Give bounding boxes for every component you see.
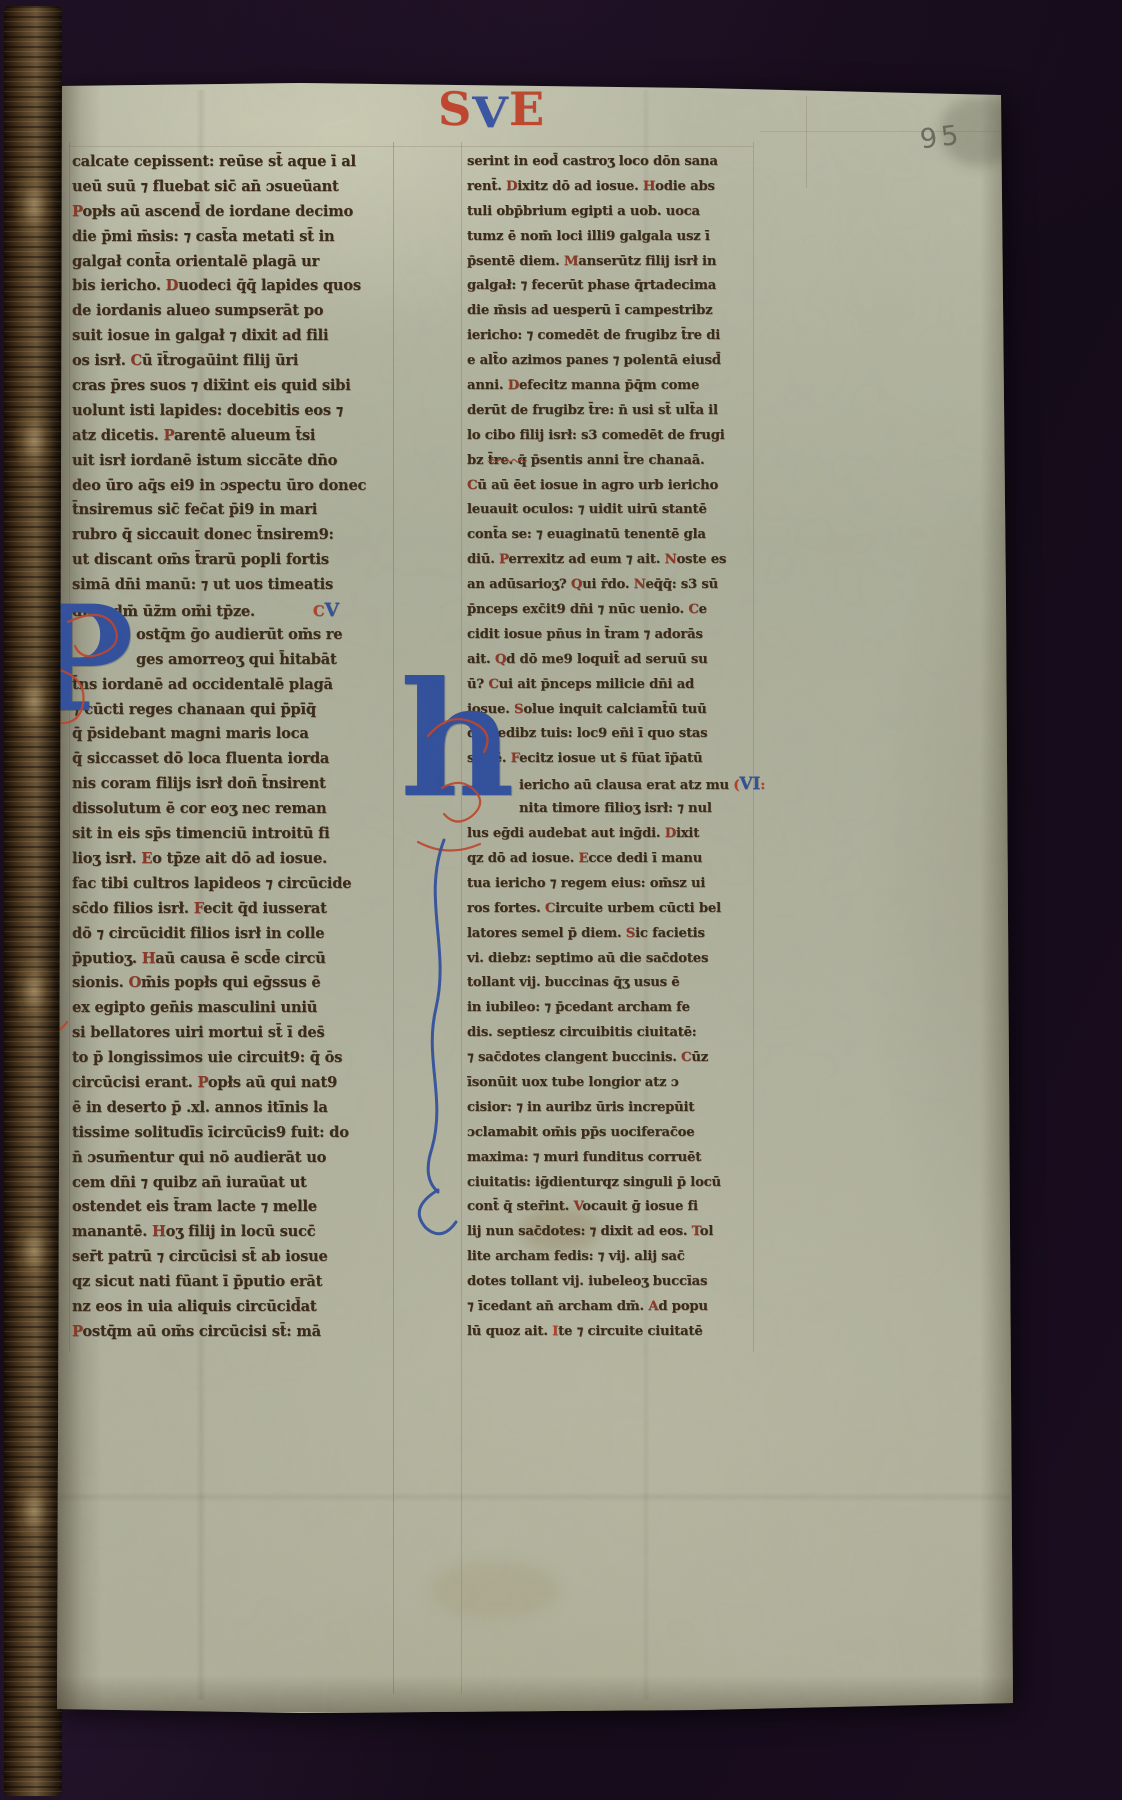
text-segment: ecit q̄d iusserat bbox=[203, 900, 327, 917]
text-line: lo cibo filij isrł: s3 comedēt de frugi bbox=[467, 424, 759, 449]
text-line: lite archam fedis: ⁊ vij. alij sac̄ bbox=[467, 1245, 759, 1270]
text-line: vi. diebz: septimo aū die sac̄dotes bbox=[467, 947, 759, 972]
text-segment: nita timore filioʒ isrł: ⁊ nul bbox=[519, 801, 712, 816]
text-line: galgał: ⁊ fecerūt phase q̄rtadecima bbox=[467, 274, 759, 299]
text-segment: de iordanis alueo sumpserāt po bbox=[72, 302, 323, 319]
text-segment: m̄is popłs qui eḡssus ē bbox=[141, 974, 321, 991]
ruling-line bbox=[760, 131, 1003, 132]
text-segment: VI bbox=[739, 774, 760, 794]
text-segment: oʒ filij in locū succ̄ bbox=[166, 1223, 316, 1240]
text-segment: d popu bbox=[658, 1299, 707, 1314]
text-segment: ges amorreoʒ qui h̄itabāt bbox=[136, 651, 337, 668]
text-segment: suit iosue in galgał ⁊ dixit ad fili bbox=[72, 327, 328, 344]
text-segment: ciuitatis: iḡdienturqz singuli p̄ locū bbox=[467, 1175, 721, 1190]
text-line: ueū suū ⁊ fluebat sic̄ an̄ ɔsueūant bbox=[72, 175, 396, 200]
text-segment: to p̄ longissimos uie circuit9: q̄ ōs bbox=[72, 1049, 342, 1066]
text-segment: ecitz iosue ut s̄ fūat īp̄atū bbox=[519, 751, 702, 766]
text-segment: ⁊ īcedant an̄ archam dm̄. bbox=[467, 1299, 648, 1314]
text-segment: lite archam fedis: ⁊ vij. alij sac̄ bbox=[467, 1249, 685, 1264]
text-line: atz dicetis. Parentē alueum t̄si bbox=[72, 424, 396, 449]
text-segment: īsonūit uox tube longior atz ɔ bbox=[467, 1075, 679, 1090]
text-segment: in iubileo: ⁊ p̄cedant archam fe bbox=[467, 1000, 690, 1015]
text-line: die p̄mi m̄sis: ⁊ cast̄a metati st̄ in bbox=[72, 225, 396, 250]
text-line: p̄sentē diem. Manserūtz filij isrł in bbox=[467, 250, 759, 275]
text-segment: ic facietis bbox=[635, 926, 705, 941]
text-segment: errexitz ad eum ⁊ ait. bbox=[508, 552, 664, 567]
text-line: calcate cepissent: reūse st̄ aque ī al bbox=[72, 150, 396, 175]
text-segment: olue inquit calciamt̄ū tuū bbox=[523, 702, 706, 717]
ruling-line bbox=[806, 96, 807, 188]
text-line: deo ūro aq̄s ei9 in ɔspectu ūro donec bbox=[72, 474, 396, 499]
text-segment: cras p̄res suos ⁊ dix̄int eis quid sibi bbox=[72, 377, 351, 394]
text-line: dis. septiesz circuibitis ciuitatē: bbox=[467, 1021, 759, 1046]
text-line: lij nun sac̄dotes: ⁊ dixit ad eos. Tol bbox=[467, 1220, 759, 1245]
text-line: uit isrł iordanē istum siccāte dn̄o bbox=[72, 449, 396, 474]
text-segment: o tp̄ze ait dō ad iosue. bbox=[152, 850, 327, 867]
text-segment: galgał cont̄a orientalē plagā ur bbox=[72, 253, 319, 270]
text-line: cidit iosue pn̄us in t̄ram ⁊ adorās bbox=[467, 623, 759, 648]
text-segment: N bbox=[634, 577, 646, 592]
text-segment: ixit bbox=[676, 826, 699, 841]
text-segment: ū īt̄rogaūint filij ūri bbox=[142, 352, 298, 369]
text-segment: uit isrł iordanē istum siccāte dn̄o bbox=[72, 452, 337, 469]
text-line: ser̄t patrū ⁊ circūcisi st̄ ab iosue bbox=[72, 1245, 396, 1270]
text-segment: A bbox=[648, 1299, 658, 1314]
running-title-letter: S bbox=[438, 82, 472, 136]
text-line: derūt de frugibz t̄re: n̄ usi st̄ ult̄a … bbox=[467, 399, 759, 424]
running-title-letter: E bbox=[509, 82, 545, 136]
text-segment: ū aū ēet iosue in agro urb iericho bbox=[477, 478, 718, 493]
text-segment: ūz bbox=[691, 1050, 708, 1065]
text-segment: ⁊ sac̄dotes clangent buccinis. bbox=[467, 1050, 681, 1065]
text-segment: D bbox=[506, 179, 517, 194]
text-line: latores semel p̄ diem. Sic facietis bbox=[467, 922, 759, 947]
text-segment: ircuite urbem cūcti bel bbox=[555, 901, 721, 916]
page-wrapper: SVE 95 calcate cepissent: reūse st̄ aque… bbox=[0, 0, 1122, 1800]
text-segment: cem dn̄i ⁊ quibz an̄ iuraūat ut bbox=[72, 1174, 307, 1191]
text-segment: rent̄. bbox=[467, 179, 506, 194]
text-segment: arentē alueum t̄si bbox=[174, 427, 315, 444]
text-segment: C bbox=[313, 603, 324, 620]
initial-filigree-red bbox=[402, 692, 522, 862]
text-line: cisior: ⁊ in auribz ūris increpūit bbox=[467, 1096, 759, 1121]
text-segment: Q bbox=[571, 577, 582, 592]
text-line: ⁊ īcedant an̄ archam dm̄. Ad popu bbox=[467, 1295, 759, 1320]
text-segment: atz dicetis. bbox=[72, 427, 164, 444]
text-line: galgał cont̄a orientalē plagā ur bbox=[72, 250, 396, 275]
text-segment: manantē. bbox=[72, 1223, 152, 1240]
text-segment: C bbox=[467, 478, 477, 493]
text-line: die m̄sis ad uesperū ī campestribz bbox=[467, 299, 759, 324]
text-segment: maxima: ⁊ muri funditus corruēt bbox=[467, 1150, 701, 1165]
text-segment: cont̄a se: ⁊ euaginatū tenentē gla bbox=[467, 527, 706, 542]
text-segment: D bbox=[508, 378, 519, 393]
text-line: īsonūit uox tube longior atz ɔ bbox=[467, 1071, 759, 1096]
text-segment: : bbox=[760, 778, 765, 793]
text-segment: cce dedi ī manu bbox=[588, 851, 702, 866]
text-segment: P bbox=[499, 552, 508, 567]
text-segment: D bbox=[665, 826, 676, 841]
text-line: ɔclamabit om̄is pp̄s uociferac̄oe bbox=[467, 1121, 759, 1146]
text-line: qz sicut nati fūant ī p̄putio erāt bbox=[72, 1270, 396, 1295]
text-segment: die p̄mi m̄sis: ⁊ cast̄a metati st̄ in bbox=[72, 228, 334, 245]
text-segment: d dō me9 loquit̄ ad seruū su bbox=[506, 652, 707, 667]
text-segment: C bbox=[545, 901, 555, 916]
text-line: de iordanis alueo sumpserāt po bbox=[72, 299, 396, 324]
text-segment: T bbox=[692, 1224, 700, 1239]
text-line: tollant vij. buccinas q̄ʒ usus ē bbox=[467, 971, 759, 996]
text-line: tua iericho ⁊ regem eius: om̄sz ui bbox=[467, 872, 759, 897]
text-segment: e alt̄o azimos panes ⁊ polentā eiusd̄ bbox=[467, 353, 721, 368]
text-line: circūcisi erant. Popłs aū qui nat9 bbox=[72, 1071, 396, 1096]
text-segment: efecitz manna p̄q̄m come bbox=[519, 378, 699, 393]
page-edge-shadow bbox=[972, 92, 1014, 1706]
text-line: e alt̄o azimos panes ⁊ polentā eiusd̄ bbox=[467, 349, 759, 374]
text-segment: H bbox=[643, 179, 655, 194]
running-title: SVE bbox=[438, 82, 545, 136]
text-segment: uodeci q̄q̄ lapides quos bbox=[178, 277, 361, 294]
text-segment: opłs aū qui nat9 bbox=[208, 1074, 337, 1091]
text-segment: ɔclamabit om̄is pp̄s uociferac̄oe bbox=[467, 1125, 694, 1140]
text-line: an adūsarioʒ? Qui r̄do. Neq̄q̄: s3 sū bbox=[467, 573, 759, 598]
text-segment: N bbox=[665, 552, 677, 567]
text-line: ⁊ sac̄dotes clangent buccinis. Cūz bbox=[467, 1046, 759, 1071]
manuscript-page: SVE 95 calcate cepissent: reūse st̄ aque… bbox=[0, 0, 1122, 1800]
text-line: to p̄ longissimos uie circuit9: q̄ ōs bbox=[72, 1046, 396, 1071]
text-segment: tua iericho ⁊ regem eius: om̄sz ui bbox=[467, 876, 705, 891]
text-segment: iericho: ⁊ comedēt de frugibz t̄re di bbox=[467, 328, 720, 343]
text-line: ciuitatis: iḡdienturqz singuli p̄ locū bbox=[467, 1171, 759, 1196]
text-segment: eq̄q̄: s3 sū bbox=[645, 577, 718, 592]
text-segment: leuauit oculos: ⁊ uidit uirū stantē bbox=[467, 502, 707, 517]
text-segment: tuli obp̄brium egipti a uob. uoca bbox=[467, 204, 700, 219]
text-line: ros fortes. Circuite urbem cūcti bel bbox=[467, 897, 759, 922]
text-segment: C bbox=[130, 352, 141, 369]
text-line: cras p̄res suos ⁊ dix̄int eis quid sibi bbox=[72, 374, 396, 399]
text-segment: derūt de frugibz t̄re: n̄ usi st̄ ult̄a … bbox=[467, 403, 718, 418]
text-segment: an adūsarioʒ? bbox=[467, 577, 571, 592]
text-segment: ē in deserto p̄ .xl. annos itīnis la bbox=[72, 1099, 328, 1116]
text-segment: bz bbox=[467, 453, 488, 468]
text-line: p̄nceps exc̄it9 dn̄i ⁊ nūc uenio. Ce bbox=[467, 598, 759, 623]
text-segment: E bbox=[578, 851, 588, 866]
text-segment: ueū suū ⁊ fluebat sic̄ an̄ ɔsueūant bbox=[72, 178, 339, 195]
text-segment: lij nun sac̄dotes: ⁊ dixit ad eos. bbox=[467, 1224, 692, 1239]
text-segment: serint in eod̄ castroʒ loco dōn sana bbox=[467, 154, 718, 169]
text-line: bz t̄re. q̄ p̄sentis anni t̄re chanaā. bbox=[467, 449, 759, 474]
text-line: rent̄. Dixitz dō ad iosue. Hodie abs bbox=[467, 175, 759, 200]
text-segment: die m̄sis ad uesperū ī campestribz bbox=[467, 303, 712, 318]
text-segment: p̄nceps exc̄it9 dn̄i ⁊ nūc uenio. bbox=[467, 602, 688, 617]
text-segment: lū quoz ait. bbox=[467, 1324, 552, 1339]
text-segment: bis iericho. bbox=[72, 277, 166, 294]
text-line: tuli obp̄brium egipti a uob. uoca bbox=[467, 200, 759, 225]
text-segment: anni. bbox=[467, 378, 508, 393]
text-segment: dis. septiesz circuibitis ciuitatē: bbox=[467, 1025, 696, 1040]
text-line: maxima: ⁊ muri funditus corruēt bbox=[467, 1146, 759, 1171]
text-line: cont̄a se: ⁊ euaginatū tenentē gla bbox=[467, 523, 759, 548]
text-segment: ui r̄do. bbox=[582, 577, 634, 592]
text-segment: cidit iosue pn̄us in t̄ram ⁊ adorās bbox=[467, 627, 703, 642]
initial-filigree-red bbox=[8, 538, 128, 1038]
text-line: n̄ ɔsum̄entur qui nō audierāt uo bbox=[72, 1146, 396, 1171]
text-segment: uolunt isti lapides: docebitis eos ⁊ bbox=[72, 402, 343, 419]
text-line: Popłs aū ascend̄ de iordane decimo bbox=[72, 200, 396, 225]
text-segment: tissime solitudīs īcircūcis9 fuit: do bbox=[72, 1124, 349, 1141]
text-segment: p̄sentē diem. bbox=[467, 254, 564, 269]
text-line: lū quoz ait. Ite ⁊ circuite ciuitatē bbox=[467, 1320, 759, 1345]
text-segment: ol bbox=[700, 1224, 713, 1239]
text-line: uolunt isti lapides: docebitis eos ⁊ bbox=[72, 399, 396, 424]
initial-tail-blue bbox=[392, 838, 482, 1218]
text-line: Cū aū ēet iosue in agro urb iericho bbox=[467, 474, 759, 499]
text-segment: E bbox=[141, 850, 152, 867]
text-segment: ocauit ḡ iosue fi bbox=[582, 1199, 698, 1214]
text-line: nz eos in uia aliquis circūcid̄at bbox=[72, 1295, 396, 1320]
text-segment: opłs aū ascend̄ de iordane decimo bbox=[82, 203, 353, 220]
text-segment: te ⁊ circuite ciuitatē bbox=[558, 1324, 702, 1339]
text-segment: oste es bbox=[676, 552, 726, 567]
text-segment: diū. bbox=[467, 552, 499, 567]
text-line: iericho: ⁊ comedēt de frugibz t̄re di bbox=[467, 324, 759, 349]
text-segment: cisior: ⁊ in auribz ūris increpūit bbox=[467, 1100, 694, 1115]
text-segment: P bbox=[72, 1323, 82, 1340]
text-line: leuauit oculos: ⁊ uidit uirū stantē bbox=[467, 498, 759, 523]
text-segment: lo cibo filij isrł: s3 comedēt de frugi bbox=[467, 428, 725, 443]
text-segment: V bbox=[573, 1199, 582, 1214]
text-segment: H bbox=[142, 950, 156, 967]
text-segment: M bbox=[564, 254, 578, 269]
text-segment: V bbox=[324, 599, 339, 621]
text-line: manantē. Hoʒ filij in locū succ̄ bbox=[72, 1220, 396, 1245]
text-segment: e bbox=[699, 602, 707, 617]
text-line: anni. Defecitz manna p̄q̄m come bbox=[467, 374, 759, 399]
text-segment: galgał: ⁊ fecerūt phase q̄rtadecima bbox=[467, 278, 716, 293]
text-segment: ostq̄m ḡo audierūt om̄s re bbox=[136, 626, 342, 643]
text-segment: tumz ē nom̄ loci illi9 galgala usz ī bbox=[467, 229, 710, 244]
text-segment: ser̄t patrū ⁊ circūcisi st̄ ab iosue bbox=[72, 1248, 328, 1265]
text-segment: nz eos in uia aliquis circūcid̄at bbox=[72, 1298, 316, 1315]
text-segment: P bbox=[72, 203, 82, 220]
text-segment: F bbox=[194, 900, 203, 917]
folio-number: 95 bbox=[918, 120, 964, 156]
text-segment: n̄ ɔsum̄entur qui nō audierāt uo bbox=[72, 1149, 326, 1166]
text-segment: C bbox=[681, 1050, 691, 1065]
text-segment: ui ait p̄nceps milicie dn̄i ad bbox=[499, 677, 694, 692]
text-line: bis iericho. Duodeci q̄q̄ lapides quos bbox=[72, 274, 396, 299]
text-line: cem dn̄i ⁊ quibz an̄ iuraūat ut bbox=[72, 1171, 396, 1196]
text-line: tumz ē nom̄ loci illi9 galgala usz ī bbox=[467, 225, 759, 250]
text-segment: S bbox=[626, 926, 635, 941]
text-segment: O bbox=[128, 974, 141, 991]
text-segment: odie abs bbox=[655, 179, 715, 194]
text-segment: p̄sentis anni t̄re chanaā. bbox=[526, 453, 704, 468]
text-segment: circūcisi erant. bbox=[72, 1074, 197, 1091]
text-line: ostendet eis t̄ram lacte ⁊ melle bbox=[72, 1195, 396, 1220]
text-segment: dotes tollant vij. iubeleoʒ buccīas bbox=[467, 1274, 707, 1289]
text-line: ē in deserto p̄ .xl. annos itīnis la bbox=[72, 1096, 396, 1121]
text-segment: qz sicut nati fūant ī p̄putio erāt bbox=[72, 1273, 322, 1290]
text-segment: t̄nsiremus sic̄ fec̄at p̄i9 in mari bbox=[72, 501, 317, 518]
text-segment: calcate cepissent: reūse st̄ aque ī al bbox=[72, 153, 356, 170]
ruling-line bbox=[69, 146, 753, 147]
text-line: Postq̄m aū om̄s circūcisi st̄: mā bbox=[72, 1320, 396, 1345]
text-segment: ostendet eis t̄ram lacte ⁊ melle bbox=[72, 1198, 317, 1215]
text-segment: iericho aū clausa erat atz mu bbox=[519, 778, 733, 793]
text-line: os isrł. Cū īt̄rogaūint filij ūri bbox=[72, 349, 396, 374]
text-line: cont̄ q̄ ster̄int. Vocauit ḡ iosue fi bbox=[467, 1195, 759, 1220]
text-segment: t̄re. q̄ bbox=[488, 453, 527, 468]
text-segment: P bbox=[197, 1074, 207, 1091]
text-line: serint in eod̄ castroʒ loco dōn sana bbox=[467, 150, 759, 175]
text-line: t̄nsiremus sic̄ fec̄at p̄i9 in mari bbox=[72, 498, 396, 523]
crease bbox=[60, 1492, 1010, 1502]
text-line: tissime solitudīs īcircūcis9 fuit: do bbox=[72, 1121, 396, 1146]
text-segment: tollant vij. buccinas q̄ʒ usus ē bbox=[467, 975, 679, 990]
text-line: diū. Perrexitz ad eum ⁊ ait. Noste es bbox=[467, 548, 759, 573]
running-title-letter: V bbox=[472, 88, 509, 138]
text-line: in iubileo: ⁊ p̄cedant archam fe bbox=[467, 996, 759, 1021]
text-segment: aū causa ē scd̄e circū bbox=[155, 950, 325, 967]
text-segment: anserūtz filij isrł in bbox=[578, 254, 716, 269]
text-segment: ixitz dō ad iosue. bbox=[517, 179, 643, 194]
text-segment: D bbox=[166, 277, 178, 294]
text-segment: C bbox=[688, 602, 698, 617]
text-segment: os isrł. bbox=[72, 352, 130, 369]
text-segment: cont̄ q̄ ster̄int. bbox=[467, 1199, 573, 1214]
text-line: suit iosue in galgał ⁊ dixit ad fili bbox=[72, 324, 396, 349]
text-line: dotes tollant vij. iubeleoʒ buccīas bbox=[467, 1270, 759, 1295]
text-segment: latores semel p̄ diem. bbox=[467, 926, 626, 941]
text-segment: vi. diebz: septimo aū die sac̄dotes bbox=[467, 951, 708, 966]
text-segment: P bbox=[164, 427, 174, 444]
text-segment: H bbox=[152, 1223, 166, 1240]
stain bbox=[430, 1560, 560, 1620]
text-segment: ostq̄m aū om̄s circūcisi st̄: mā bbox=[82, 1323, 320, 1340]
text-segment: deo ūro aq̄s ei9 in ɔspectu ūro donec bbox=[72, 477, 366, 494]
